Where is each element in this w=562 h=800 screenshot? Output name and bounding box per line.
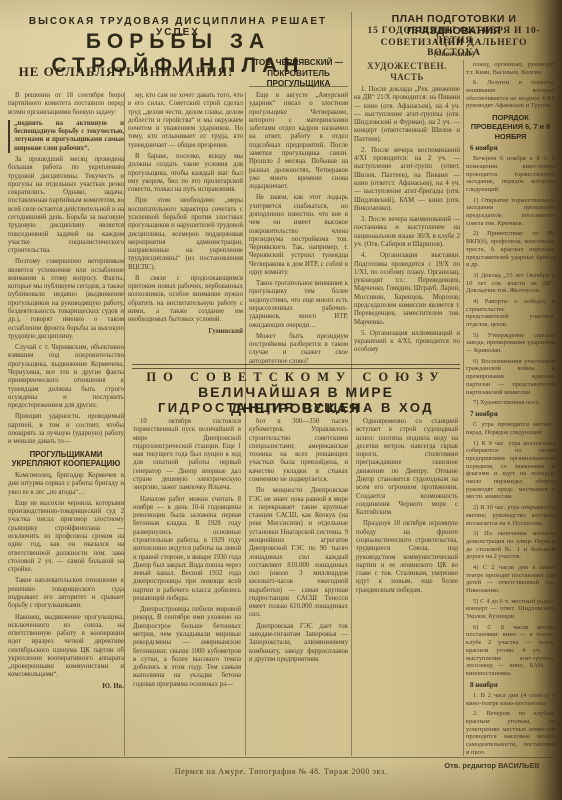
art-part-header: ХУДОЖЕСТВЕН. ЧАСТЬ [354,61,460,83]
paragraph: В бараке, поселке, всюду мы должны созда… [128,153,243,194]
dnieper-column-a: 10 октября состоялся торжественный пуск … [133,418,241,755]
paragraph: Такое трогательное внимание к прогульщик… [249,280,348,330]
paragraph: Днепровская ГЭС дает ток заводам-гиганта… [249,623,348,664]
paragraph: Еще в августе „Амурский ударник“ писал о… [249,92,348,191]
paragraph: 4. Организация выставки. Подготовка пров… [354,252,460,327]
paragraph: Днепростроевцы побили мировой рекорд. В … [133,606,241,689]
dnieper-column-b: бот в 300—350 тысяч кубометров. Управлял… [249,418,348,755]
paragraph: 10 октября состоялся торжественный пуск … [133,418,241,493]
column-rule [124,92,125,756]
paragraph: Поэтому совершенно нетерпимым является у… [8,258,124,341]
paragraph: Началом работ можно считать 8 ноября — в… [133,496,241,604]
coop-headline: ПРОГУЛЬЩИКАМИ УКРЕПЛЯЮТ КООПЕРАЦИЮ [8,450,124,469]
signature: Гуминский [128,328,243,336]
article-column-1: В решении от 18 сентября бюро партийного… [8,92,124,756]
paragraph: Может быть президиум постройкома разбере… [249,333,348,364]
signature: Ю. Ив. [8,683,124,691]
plan-column-art: ХУДОЖЕСТВЕН. ЧАСТЬ 1. После доклада „Рев… [354,61,460,361]
article-column-3: Еще в августе „Амурский ударник“ писал о… [249,92,348,364]
box-top-rule [132,364,460,369]
paragraph: 1. После доклада „Рев. движение на ДВ“ 2… [354,86,460,144]
paragraph: За прошедший месяц проведена большая раб… [8,156,124,255]
paragraph: При этом необходимо „меры воспитательног… [128,197,243,272]
footer-rule [8,757,554,758]
paragraph: 3. После вечера наименований — постановк… [354,216,460,249]
dnieper-column-c: Одновременно со станцией вступает в стро… [356,418,458,755]
page-edge-shadow [532,0,562,800]
soviet-union-kicker: ПО СОВЕТСКОМУ СОЮЗУ [132,370,460,385]
column-rule [245,92,246,756]
paragraph: бот в 300—350 тысяч кубометров. Управлял… [249,418,348,484]
paragraph: В связи с продолжающимся притоком новых … [128,275,243,325]
paragraph: По мощности Днепровская ГЭС не знает пок… [249,487,348,620]
paragraph: 2. После вечера воспоминаний 4/XI провод… [354,147,460,213]
paragraph: Наконец, выдвижение прогульщика, исключе… [8,614,124,680]
paragraph: Комсомолец, бригадир Кормичев в дни штур… [8,472,124,497]
plan-note: (Окончание) [354,50,554,58]
paragraph: Такое наплевательское отношение к решени… [8,577,124,610]
paragraph: Не знаем, как этот лодырь ухитряется сна… [249,194,348,277]
imprint-line: Пермск на Амуре. Типография № 48. Тираж … [81,767,481,776]
paragraph: В решении от 18 сентября бюро партийного… [8,92,124,117]
paragraph: Одновременно со станцией вступает в стро… [356,418,458,517]
pull-quote: „поднять на активную и беспощадную борьб… [8,120,124,153]
paragraph: Празднуя 10 октября огромную победу на ф… [356,520,458,595]
attention-headline: НЕ ОСЛАБЛЯТЬ ВНИМАНИЯ! [8,64,244,80]
paragraph: 5. Организация иллюминаций и украшений к… [354,330,460,355]
paragraph: Принцип ударности, проводимый партией, в… [8,413,124,446]
headline-rule [249,86,348,87]
paragraph: Еще не высохли чернила, которыми произво… [8,500,124,575]
chernyavsky-headline-line1: ТОВ. ЧЕРНЯВСКИЙ — [254,58,343,67]
paragraph: му, кто сам не хочет давать того, что в … [128,92,243,150]
column-rule [463,60,464,756]
dnieper-headline-line2: ГИДРОСТАНЦИЯ ПУЩЕНА В ХОД [132,400,460,415]
paragraph: Случай с т. Чернявским, объективно взявш… [8,344,124,410]
newspaper-page: ВЫСОКАЯ ТРУДОВАЯ ДИСЦИПЛИНА РЕШАЕТ УСПЕХ… [0,0,562,800]
article-column-2: му, кто сам не хочет давать того, что в … [128,92,243,384]
